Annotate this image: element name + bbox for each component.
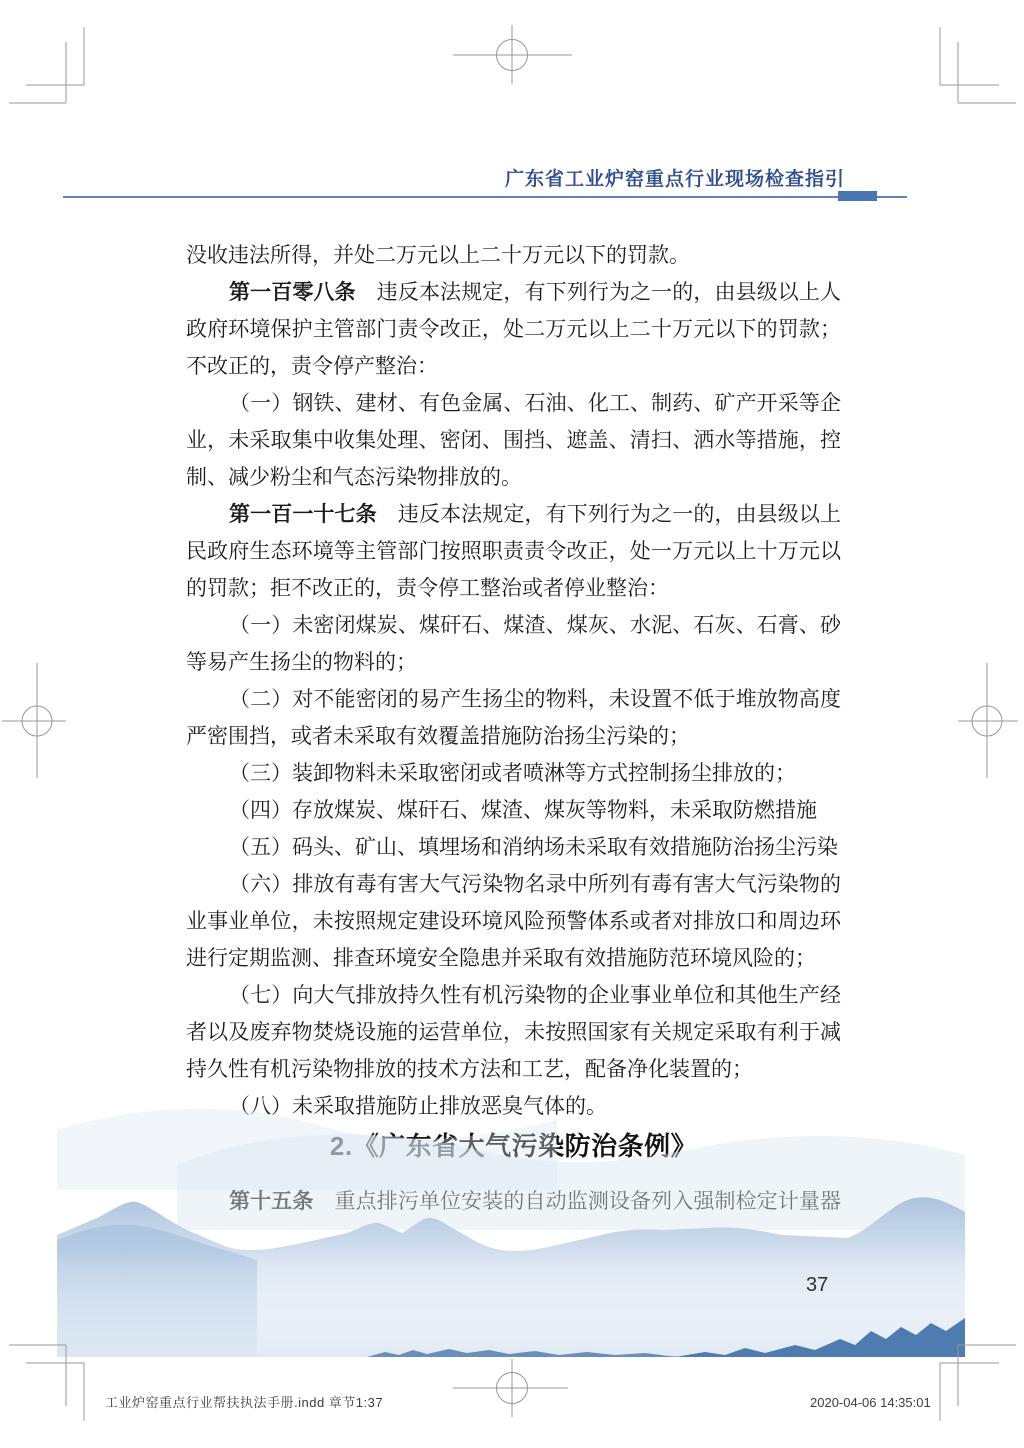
article-text: （六）排放有毒有害大气污染物名录中所列有毒有害大气污染物的企 xyxy=(186,873,841,903)
header-title: 广东省工业炉窑重点行业现场检查指引 xyxy=(505,168,845,191)
article-text: （四）存放煤炭、煤矸石、煤渣、煤灰等物料，未采取防燃措施的； xyxy=(186,799,817,829)
text-line: 政府环境保护主管部门责令改正，处二万元以上二十万元以下的罚款；拒 xyxy=(186,311,841,348)
article-text: 业事业单位，未按照规定建设环境风险预警体系或者对排放口和周边环境 xyxy=(186,910,841,940)
text-line: 业事业单位，未按照规定建设环境风险预警体系或者对排放口和周边环境 xyxy=(186,903,841,940)
footer-timestamp: 2020-04-06 14:35:01 xyxy=(810,1395,931,1410)
article-text: 等易产生扬尘的物料的； xyxy=(186,651,417,674)
article-text: （五）码头、矿山、填埋场和消纳场未采取有效措施防治扬尘污染的； xyxy=(186,836,838,866)
body-text: 没收违法所得，并处二万元以上二十万元以下的罚款。第一百零八条 违反本法规定，有下… xyxy=(186,237,841,1125)
text-line: 的罚款；拒不改正的，责令停工整治或者停业整治： xyxy=(186,570,841,607)
article-text: 的罚款；拒不改正的，责令停工整治或者停业整治： xyxy=(186,577,669,600)
text-line: 业，未采取集中收集处理、密闭、围挡、遮盖、清扫、洒水等措施，控 xyxy=(186,422,841,459)
article-text: （二）对不能密闭的易产生扬尘的物料，未设置不低于堆放物高度的 xyxy=(186,688,841,718)
text-line: （四）存放煤炭、煤矸石、煤渣、煤灰等物料，未采取防燃措施的； xyxy=(186,792,841,829)
registration-mark-bottom xyxy=(453,1359,568,1417)
article-text: 严密围挡，或者未采取有效覆盖措施防治扬尘污染的； xyxy=(186,725,690,748)
crop-mark-top-left xyxy=(9,27,84,103)
text-line: （三）装卸物料未采取密闭或者喷淋等方式控制扬尘排放的； xyxy=(186,755,841,792)
text-line: 制、减少粉尘和气态污染物排放的。 xyxy=(186,459,841,496)
article-text: （七）向大气排放持久性有机污染物的企业事业单位和其他生产经营 xyxy=(186,984,841,1014)
text-line: （二）对不能密闭的易产生扬尘的物料，未设置不低于堆放物高度的 xyxy=(186,681,841,718)
article-text: 者以及废弃物焚烧设施的运营单位，未按照国家有关规定采取有利于减少 xyxy=(186,1021,841,1051)
text-line: 严密围挡，或者未采取有效覆盖措施防治扬尘污染的； xyxy=(186,718,841,755)
text-line: （七）向大气排放持久性有机污染物的企业事业单位和其他生产经营 xyxy=(186,977,841,1014)
text-line: （六）排放有毒有害大气污染物名录中所列有毒有害大气污染物的企 xyxy=(186,866,841,903)
article-text: （一）钢铁、建材、有色金属、石油、化工、制药、矿产开采等企 xyxy=(229,392,841,415)
article-text: （三）装卸物料未采取密闭或者喷淋等方式控制扬尘排放的； xyxy=(229,762,796,785)
text-line: 等易产生扬尘的物料的； xyxy=(186,644,841,681)
mountain-watercolor-art xyxy=(57,1070,965,1357)
footer-filename: 工业炉窑重点行业帮扶执法手册.indd 章节1:37 xyxy=(105,1392,383,1411)
article-text: （一）未密闭煤炭、煤矸石、煤渣、煤灰、水泥、石灰、石膏、砂土 xyxy=(186,614,841,644)
article-text: 政府环境保护主管部门责令改正，处二万元以上二十万元以下的罚款；拒 xyxy=(186,318,841,348)
header-accent-bar xyxy=(838,191,877,201)
text-line: 第一百零八条 违反本法规定，有下列行为之一的，由县级以上人民 xyxy=(186,274,841,311)
text-line: 第一百一十七条 违反本法规定，有下列行为之一的，由县级以上人 xyxy=(186,496,841,533)
text-line: 者以及废弃物焚烧设施的运营单位，未按照国家有关规定采取有利于减少 xyxy=(186,1014,841,1051)
page-number: 37 xyxy=(806,1274,828,1297)
article-text: 业，未采取集中收集处理、密闭、围挡、遮盖、清扫、洒水等措施，控 xyxy=(186,429,841,452)
text-line: 民政府生态环境等主管部门按照职责责令改正，处一万元以上十万元以下 xyxy=(186,533,841,570)
registration-mark-left xyxy=(2,663,66,778)
text-line: 进行定期监测、排查环境安全隐患并采取有效措施防范环境风险的； xyxy=(186,940,841,977)
text-line: （一）未密闭煤炭、煤矸石、煤渣、煤灰、水泥、石灰、石膏、砂土 xyxy=(186,607,841,644)
article-number: 第一百零八条 xyxy=(229,281,356,304)
mist-layer xyxy=(57,1250,965,1357)
crop-mark-top-right xyxy=(940,27,1016,103)
article-text: 民政府生态环境等主管部门按照职责责令改正，处一万元以上十万元以下 xyxy=(186,540,841,570)
registration-mark-right xyxy=(958,663,1018,778)
article-text: 进行定期监测、排查环境安全隐患并采取有效措施防范环境风险的； xyxy=(186,947,816,970)
article-text: 不改正的，责令停产整治： xyxy=(186,355,438,378)
mist-wash xyxy=(57,1109,557,1190)
registration-mark-top xyxy=(453,25,572,84)
text-line: 没收违法所得，并处二万元以上二十万元以下的罚款。 xyxy=(186,237,841,274)
article-text: 没收违法所得，并处二万元以上二十万元以下的罚款。 xyxy=(186,244,690,267)
text-line: （五）码头、矿山、填埋场和消纳场未采取有效措施防治扬尘污染的； xyxy=(186,829,841,866)
article-text: 制、减少粉尘和气态污染物排放的。 xyxy=(186,466,522,489)
article-number: 第一百一十七条 xyxy=(229,503,377,526)
header-rule xyxy=(63,196,907,198)
text-line: 不改正的，责令停产整治： xyxy=(186,348,841,385)
text-line: （一）钢铁、建材、有色金属、石油、化工、制药、矿产开采等企 xyxy=(186,385,841,422)
